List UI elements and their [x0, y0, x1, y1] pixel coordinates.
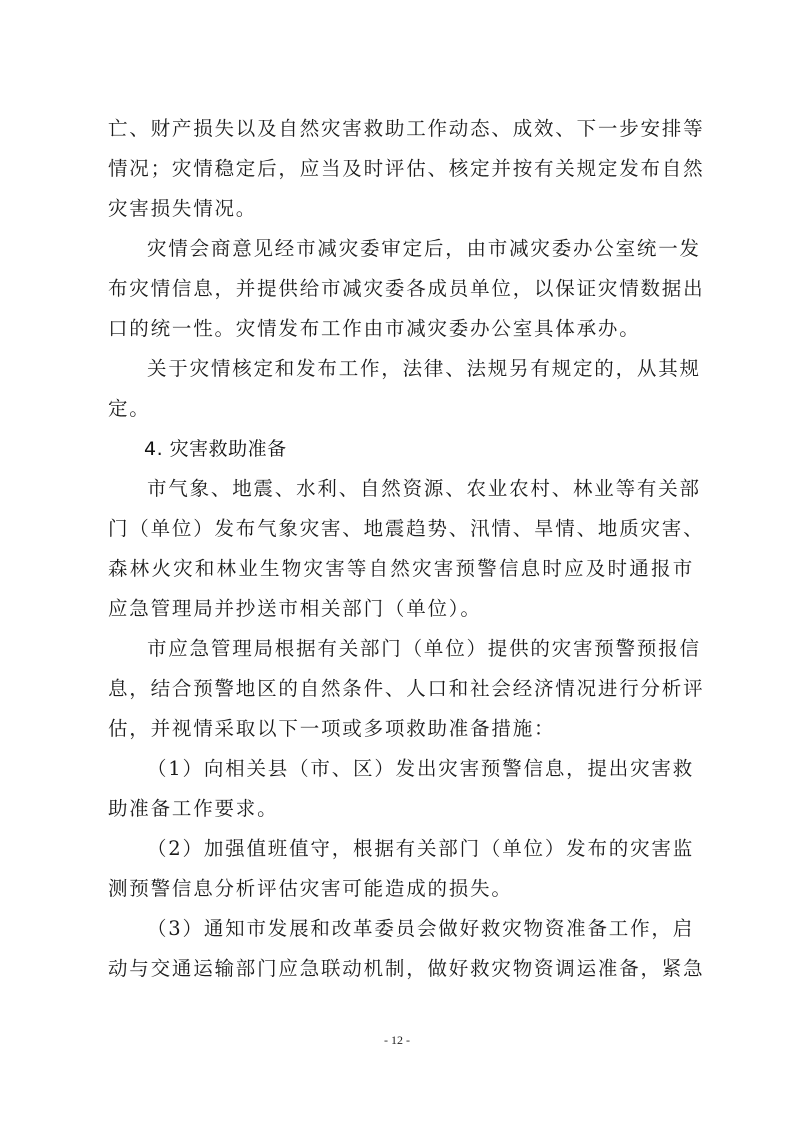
document-page: 亡、财产损失以及自然灾害救助工作动态、成效、下一步安排等 情况；灾情稳定后，应当… — [0, 0, 794, 1122]
text-line: 动与交通运输部门应急联动机制，做好救灾物资调运准备，紧急 — [108, 949, 694, 989]
text-line: 息，结合预警地区的自然条件、人口和社会经济情况进行分析评 — [108, 669, 694, 709]
document-body: 亡、财产损失以及自然灾害救助工作动态、成效、下一步安排等 情况；灾情稳定后，应当… — [108, 109, 694, 989]
text-line: 灾害损失情况。 — [108, 189, 694, 229]
text-line: 布灾情信息，并提供给市减灾委各成员单位，以保证灾情数据出 — [108, 269, 694, 309]
paragraph-start-line: 市应急管理局根据有关部门（单位）提供的灾害预警预报信 — [108, 629, 694, 669]
list-item-2-line: （2）加强值班值守，根据有关部门（单位）发布的灾害监 — [108, 829, 694, 869]
paragraph-start-line: 市气象、地震、水利、自然资源、农业农村、林业等有关部 — [108, 469, 694, 509]
list-item-3-line: （3）通知市发展和改革委员会做好救灾物资准备工作，启 — [108, 909, 694, 949]
list-item-1-line: （1）向相关县（市、区）发出灾害预警信息，提出灾害救 — [108, 749, 694, 789]
page-number: - 12 - — [0, 1033, 794, 1048]
text-line: 估，并视情采取以下一项或多项救助准备措施： — [108, 709, 694, 749]
text-line: 亡、财产损失以及自然灾害救助工作动态、成效、下一步安排等 — [108, 109, 694, 149]
text-line: 门（单位）发布气象灾害、地震趋势、汛情、旱情、地质灾害、 — [108, 509, 694, 549]
text-line: 口的统一性。灾情发布工作由市减灾委办公室具体承办。 — [108, 309, 694, 349]
text-line: 应急管理局并抄送市相关部门（单位）。 — [108, 589, 694, 629]
text-line: 情况；灾情稳定后，应当及时评估、核定并按有关规定发布自然 — [108, 149, 694, 189]
text-line: 定。 — [108, 389, 694, 429]
section-heading: 4. 灾害救助准备 — [108, 429, 694, 469]
paragraph-start-line: 关于灾情核定和发布工作，法律、法规另有规定的，从其规 — [108, 349, 694, 389]
paragraph-start-line: 灾情会商意见经市减灾委审定后，由市减灾委办公室统一发 — [108, 229, 694, 269]
text-line: 森林火灾和林业生物灾害等自然灾害预警信息时应及时通报市 — [108, 549, 694, 589]
text-line: 助准备工作要求。 — [108, 789, 694, 829]
text-line: 测预警信息分析评估灾害可能造成的损失。 — [108, 869, 694, 909]
